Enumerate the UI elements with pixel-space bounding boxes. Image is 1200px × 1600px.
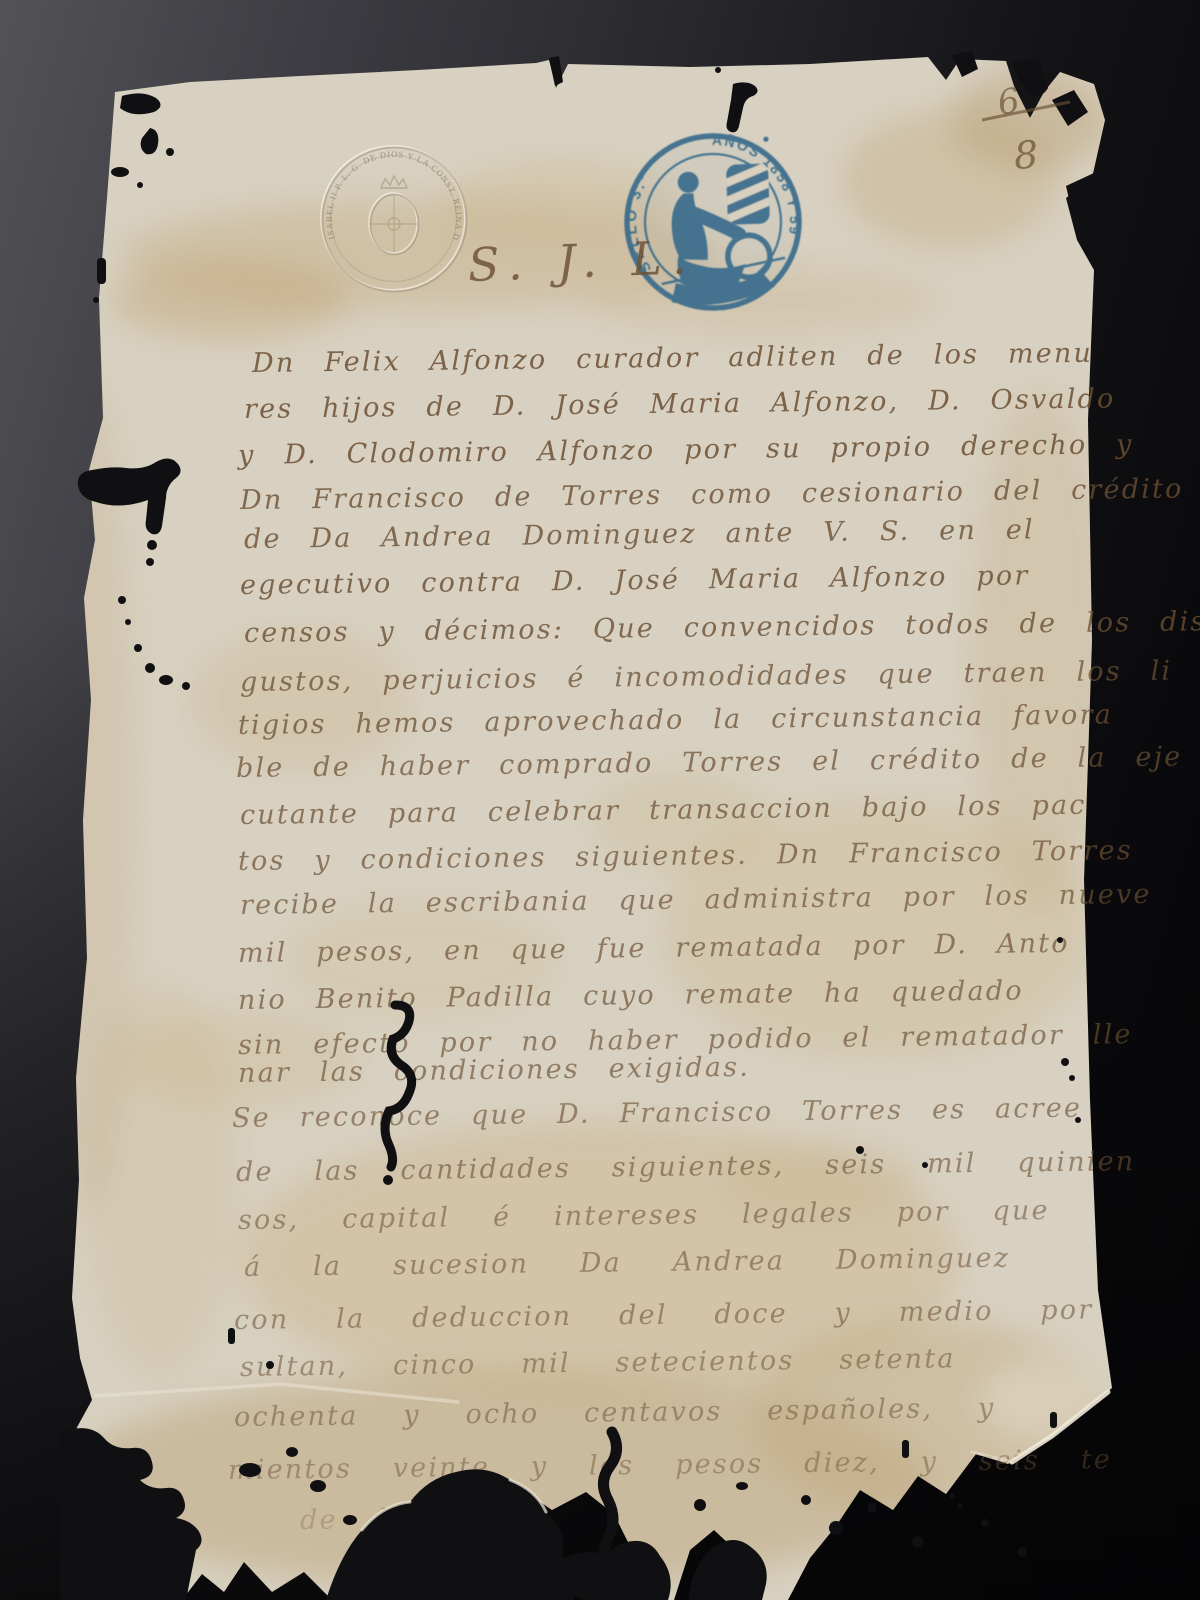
torn-edge-highlights	[96, 1384, 1108, 1530]
folio-strike-mark	[982, 102, 1070, 120]
damage-overlay	[0, 0, 1200, 1600]
worm-holes	[60, 51, 1100, 1600]
photo-scene: ISABEL II P. L. G. DE DIOS Y LA CONST. R…	[0, 0, 1200, 1600]
